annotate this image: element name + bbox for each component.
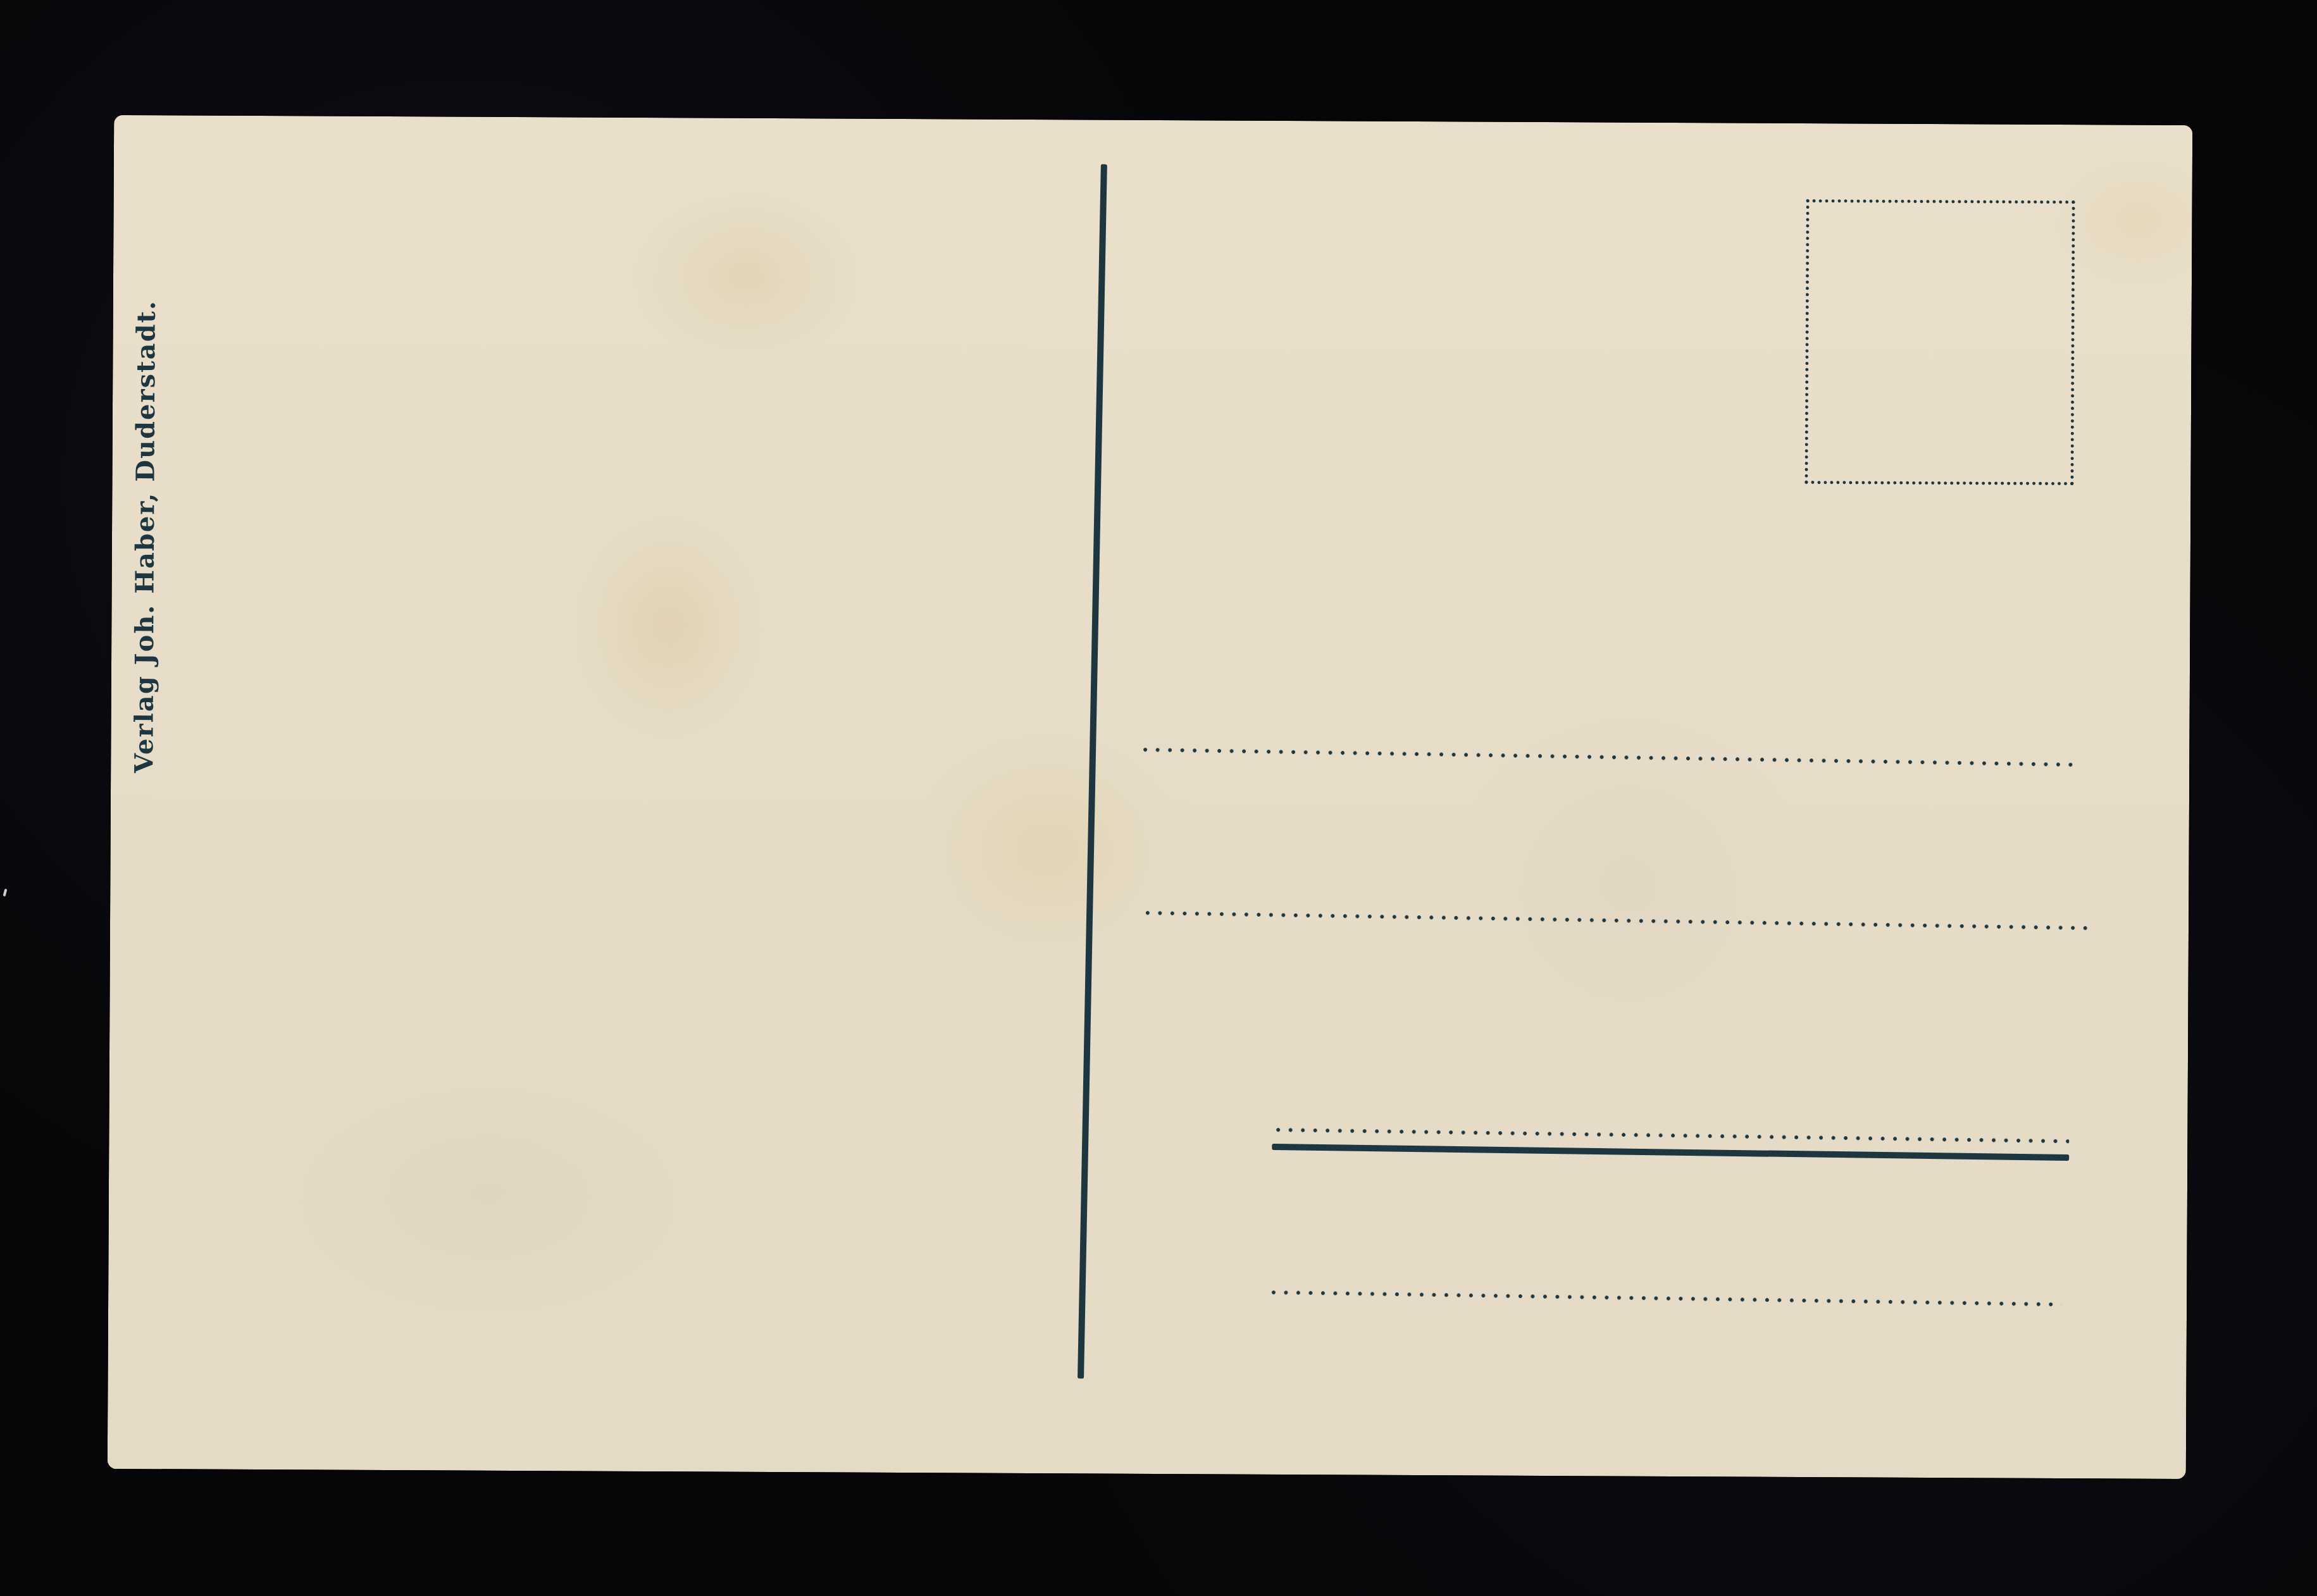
postcard: Verlag Joh. Haber, Duderstadt. [108,115,2192,1479]
address-line-2 [1141,911,2089,930]
publisher-imprint: Verlag Joh. Haber, Duderstadt. [128,140,163,773]
address-line-3-underline [1272,1144,2069,1161]
address-line-4 [1267,1290,2061,1306]
message-address-divider [1078,164,1107,1379]
address-line-1 [1139,748,2075,767]
address-line-3 [1272,1128,2069,1143]
stamp-box [1805,199,2075,485]
